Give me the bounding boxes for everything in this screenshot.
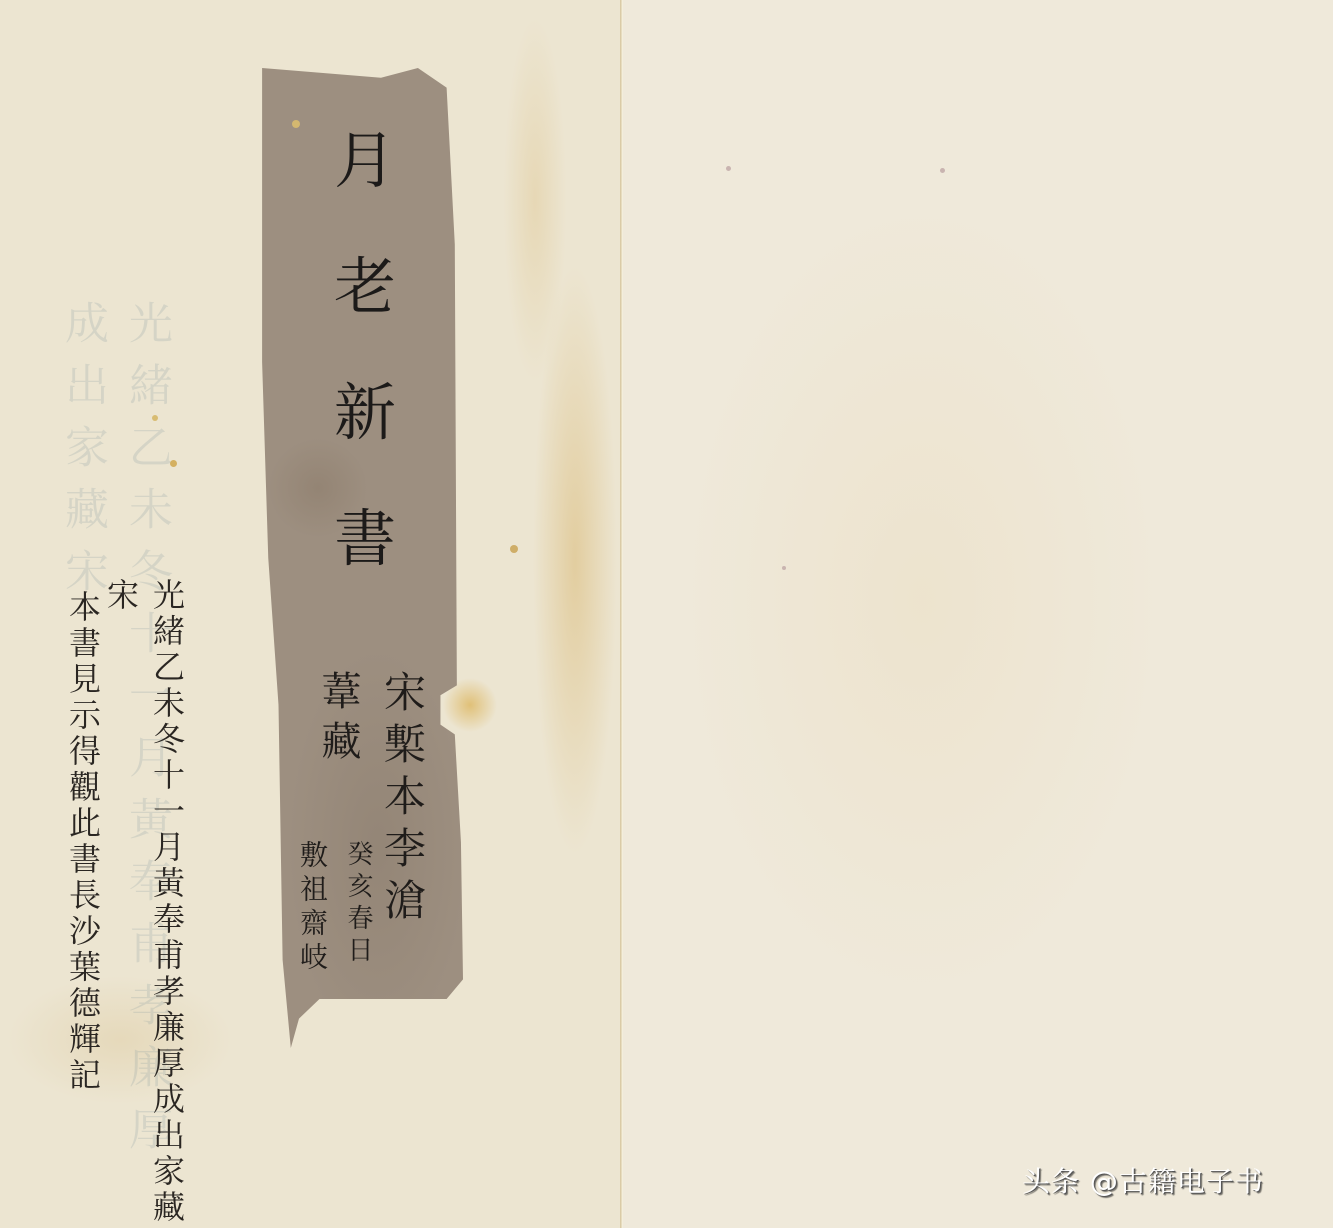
stain-spot bbox=[152, 415, 158, 421]
right-page bbox=[622, 0, 1333, 1228]
stain-spot bbox=[292, 120, 300, 128]
edition-line-2: 葦藏 bbox=[310, 670, 367, 770]
stain-spot bbox=[510, 545, 518, 553]
title-char: 書 bbox=[334, 508, 396, 570]
stain-spot bbox=[170, 460, 177, 467]
colophon-line-2: 本書見示得觀此書長沙葉德輝記 bbox=[60, 590, 106, 1094]
stain-spot bbox=[940, 168, 945, 173]
colophon-line-1: 光緒乙未冬十一月黃奉甫孝廉厚成出家藏宋 bbox=[98, 578, 190, 1228]
date-line: 癸亥春日 bbox=[340, 840, 377, 968]
edition-line: 宋槧本李滄 bbox=[372, 670, 432, 930]
stain-spot bbox=[782, 566, 786, 570]
title-char: 新 bbox=[334, 382, 396, 444]
watermark: 头条 @古籍电子书 bbox=[1022, 1160, 1264, 1200]
page-gutter bbox=[620, 0, 623, 1228]
book-title: 月 老 新 書 bbox=[325, 130, 405, 634]
title-char: 老 bbox=[334, 256, 396, 318]
title-char: 月 bbox=[334, 130, 396, 192]
stain-spot bbox=[726, 166, 731, 171]
signature: 敷祖齋岐 bbox=[292, 840, 332, 976]
